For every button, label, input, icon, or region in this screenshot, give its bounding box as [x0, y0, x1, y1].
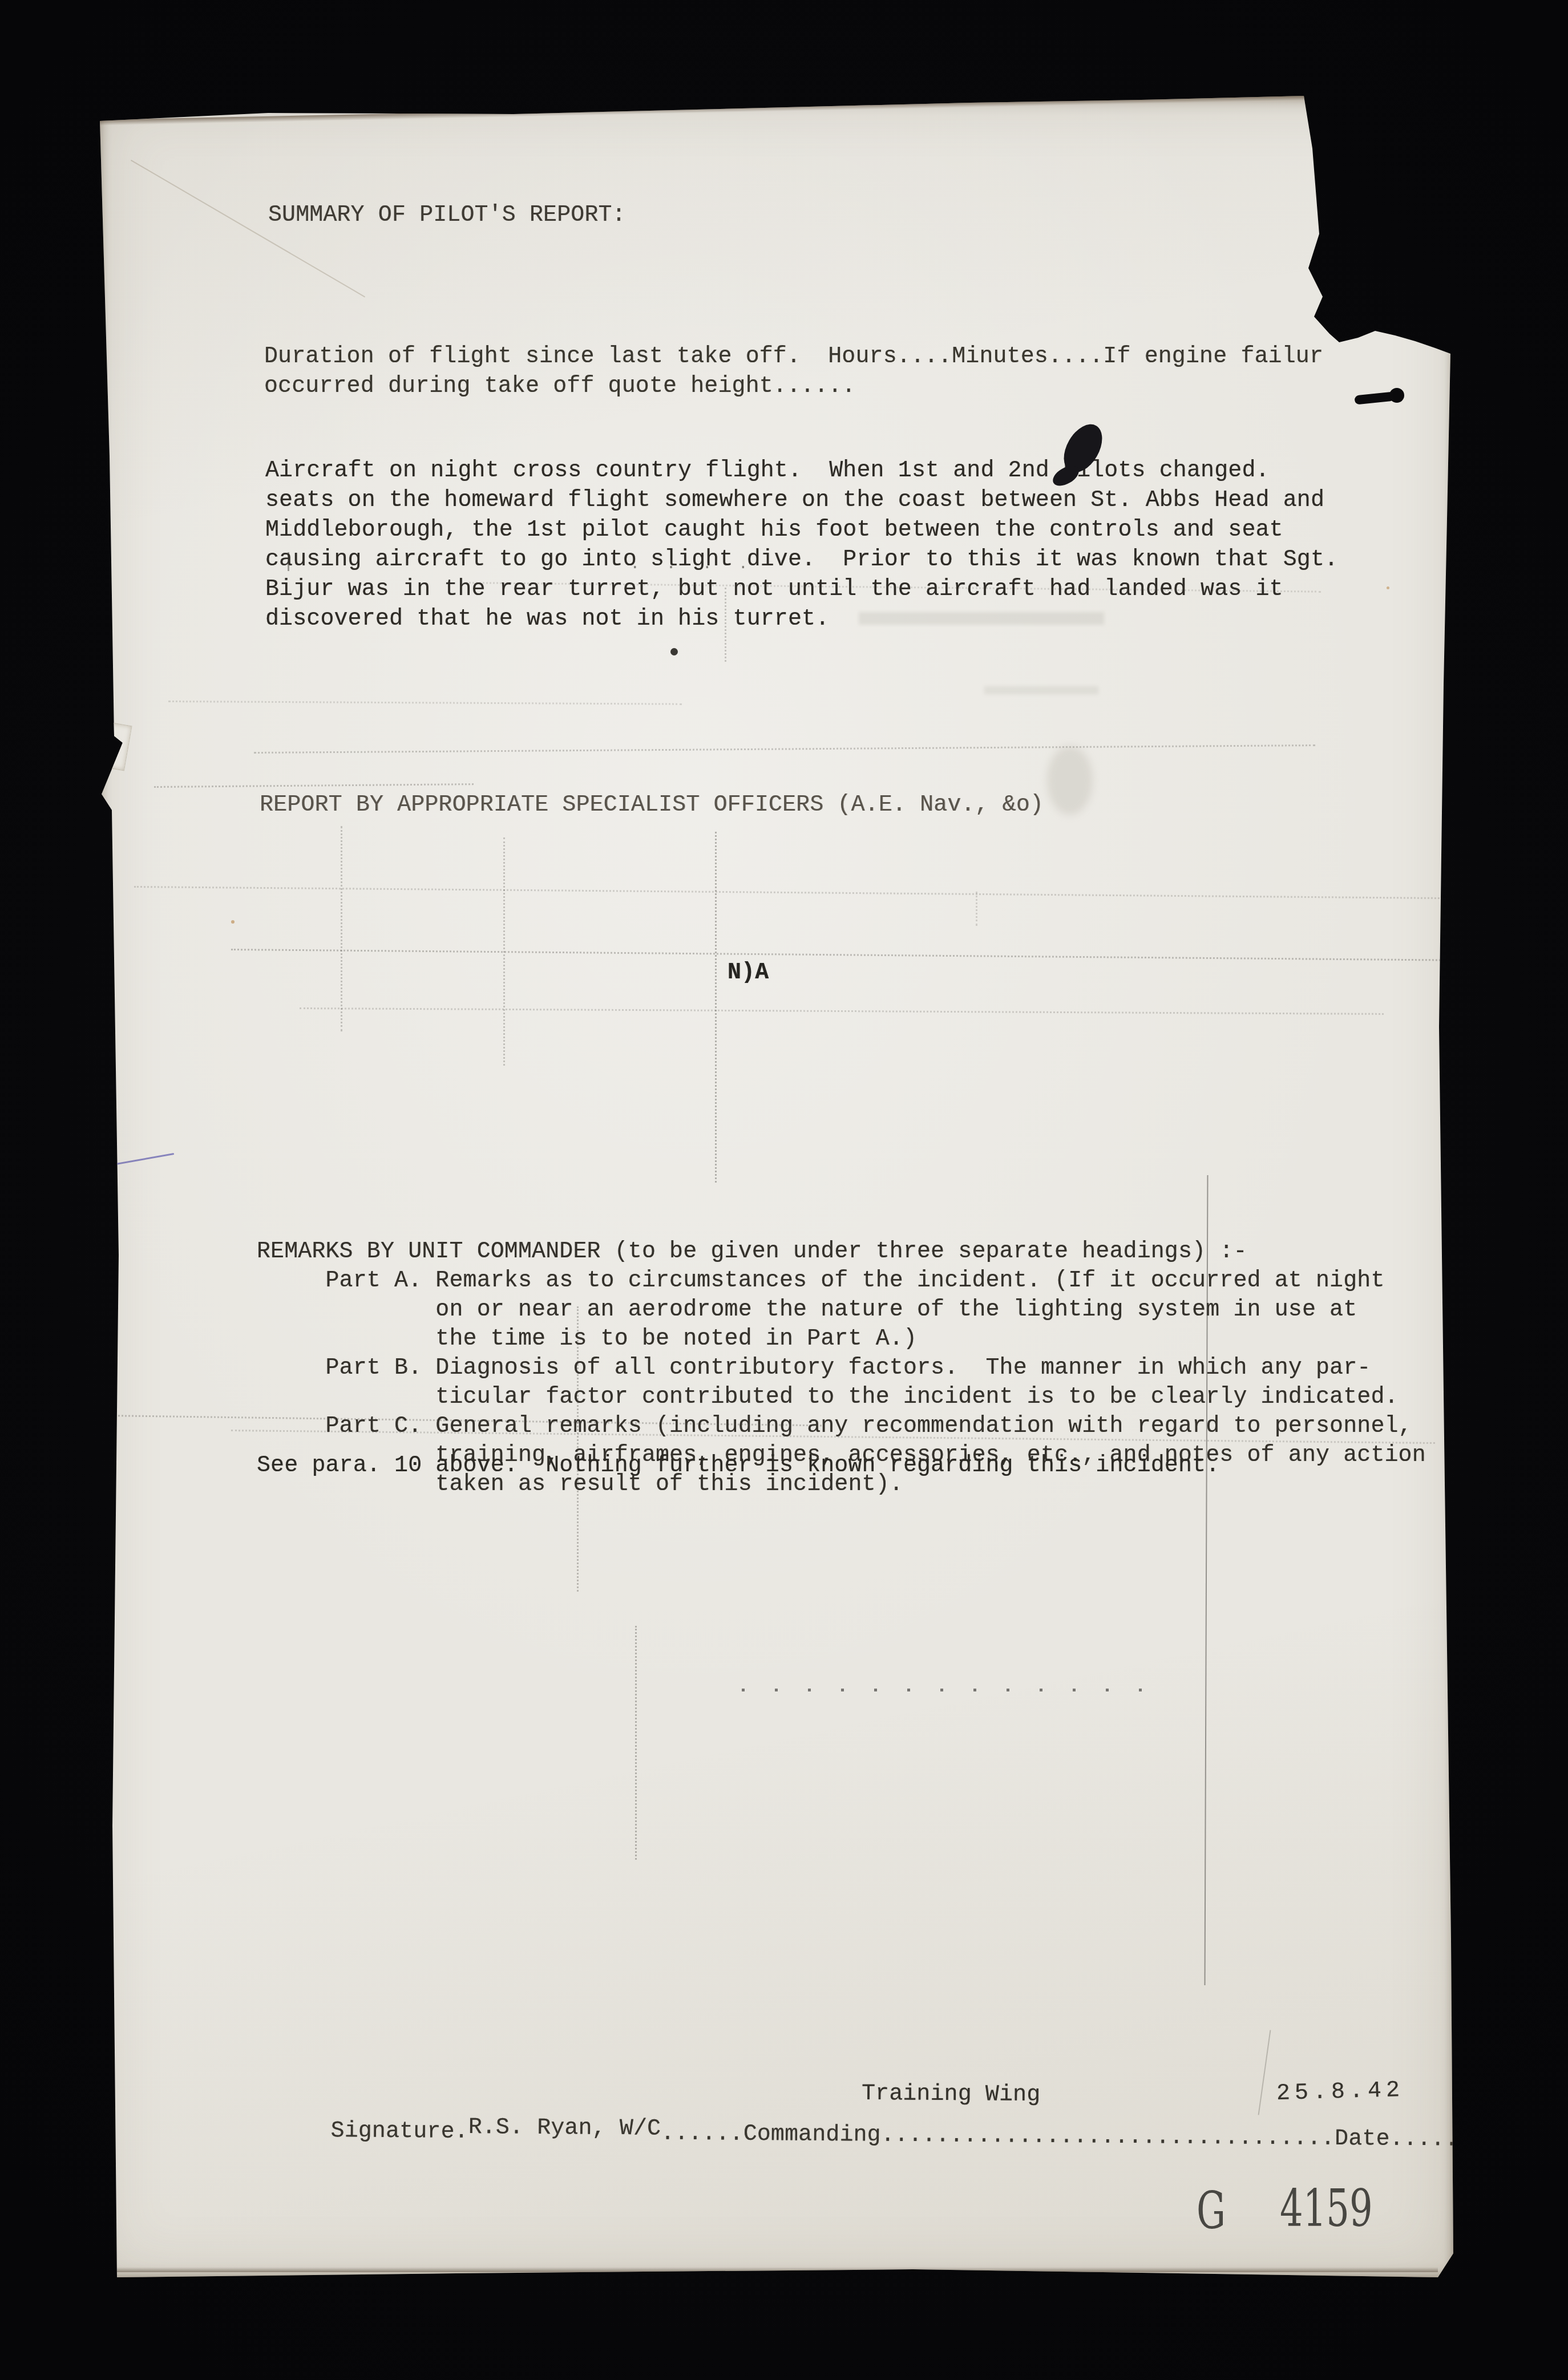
- typed-line: Part A. Remarks as to circumstances of t…: [257, 1266, 1426, 1296]
- typed-line: Aircraft on night cross country flight. …: [265, 456, 1338, 486]
- grid-line-horizontal: [154, 783, 474, 788]
- signature-name: R.S. Ryan, W/C: [468, 2115, 661, 2142]
- specialist-entry: N)A: [728, 958, 769, 988]
- typed-line: Middleborough, the 1st pilot caught his …: [265, 516, 1338, 545]
- rust-speck: [231, 920, 235, 924]
- specialist-officers-heading: REPORT BY APPROPRIATE SPECIALIST OFFICER…: [260, 791, 1044, 820]
- left-edge-torn-flap: [98, 722, 132, 771]
- typed-line: the time is to be noted in Part A.): [257, 1325, 1426, 1354]
- grid-line-vertical: [976, 892, 977, 926]
- conclusion-line: See para. 10 above. Nothing further is k…: [257, 1451, 1219, 1481]
- grid-line-vertical: [341, 826, 342, 1031]
- page-title: SUMMARY OF PILOT'S REPORT:: [268, 201, 626, 230]
- grid-line-vertical: [503, 837, 505, 1066]
- typed-line: Part C. General remarks (including any r…: [257, 1412, 1426, 1441]
- dotted-row: [742, 1689, 1164, 1691]
- commanding-unit-value: Training Wing: [862, 2079, 1041, 2110]
- pencil-line: [100, 1153, 175, 1168]
- paper-hole-dot: [1389, 388, 1404, 403]
- ghost-text-smudge: [984, 686, 1098, 694]
- unit-commander-remarks: REMARKS BY UNIT COMMANDER (to be given u…: [257, 1150, 1426, 1499]
- typed-line: causing aircraft to go into slight dive.…: [265, 545, 1338, 575]
- crease-line-vertical: [635, 1626, 637, 1860]
- stamp-letter: G: [1197, 2185, 1226, 2237]
- pilot-report-paragraph: Aircraft on night cross country flight. …: [265, 367, 1338, 634]
- top-edge-shadow: [100, 95, 1311, 126]
- stray-dot-marks: · · · ·: [631, 552, 757, 582]
- paper-hole-slot: [1354, 391, 1395, 404]
- typed-line: discovered that he was not in his turret…: [265, 605, 1338, 634]
- typed-line: Part B. Diagnosis of all contributory fa…: [257, 1354, 1426, 1383]
- signature-dots: ......Commanding........................…: [661, 2121, 1527, 2154]
- stamp-number: 4159: [1280, 2183, 1373, 2235]
- grid-line-horizontal: [168, 701, 682, 705]
- typed-line: ticular factor contributed to the incide…: [257, 1383, 1426, 1412]
- grid-line-vertical: [715, 832, 717, 1183]
- typed-line: REMARKS BY UNIT COMMANDER (to be given u…: [257, 1237, 1426, 1266]
- ink-dot: [670, 648, 678, 655]
- grid-line-horizontal: [300, 1007, 1384, 1015]
- date-value: 25.8.42: [1276, 2076, 1404, 2109]
- grid-line-horizontal: [254, 744, 1315, 754]
- signature-label: Signature.: [330, 2118, 468, 2145]
- grid-line-horizontal: [134, 886, 1446, 899]
- grid-line-horizontal: [231, 949, 1441, 961]
- typed-line: on or near an aerodrome the nature of th…: [257, 1296, 1426, 1325]
- rust-speck: [1387, 586, 1389, 589]
- bottom-edge-shadow: [114, 2267, 1438, 2272]
- scan-background: SUMMARY OF PILOT'S REPORT: Duration of f…: [0, 0, 1568, 2380]
- typed-line: Bijur was in the rear turret, but not un…: [265, 575, 1338, 605]
- typed-line: seats on the homeward flight somewhere o…: [265, 486, 1338, 516]
- document-page: SUMMARY OF PILOT'S REPORT: Duration of f…: [100, 96, 1453, 2277]
- paper-stain: [1047, 746, 1093, 815]
